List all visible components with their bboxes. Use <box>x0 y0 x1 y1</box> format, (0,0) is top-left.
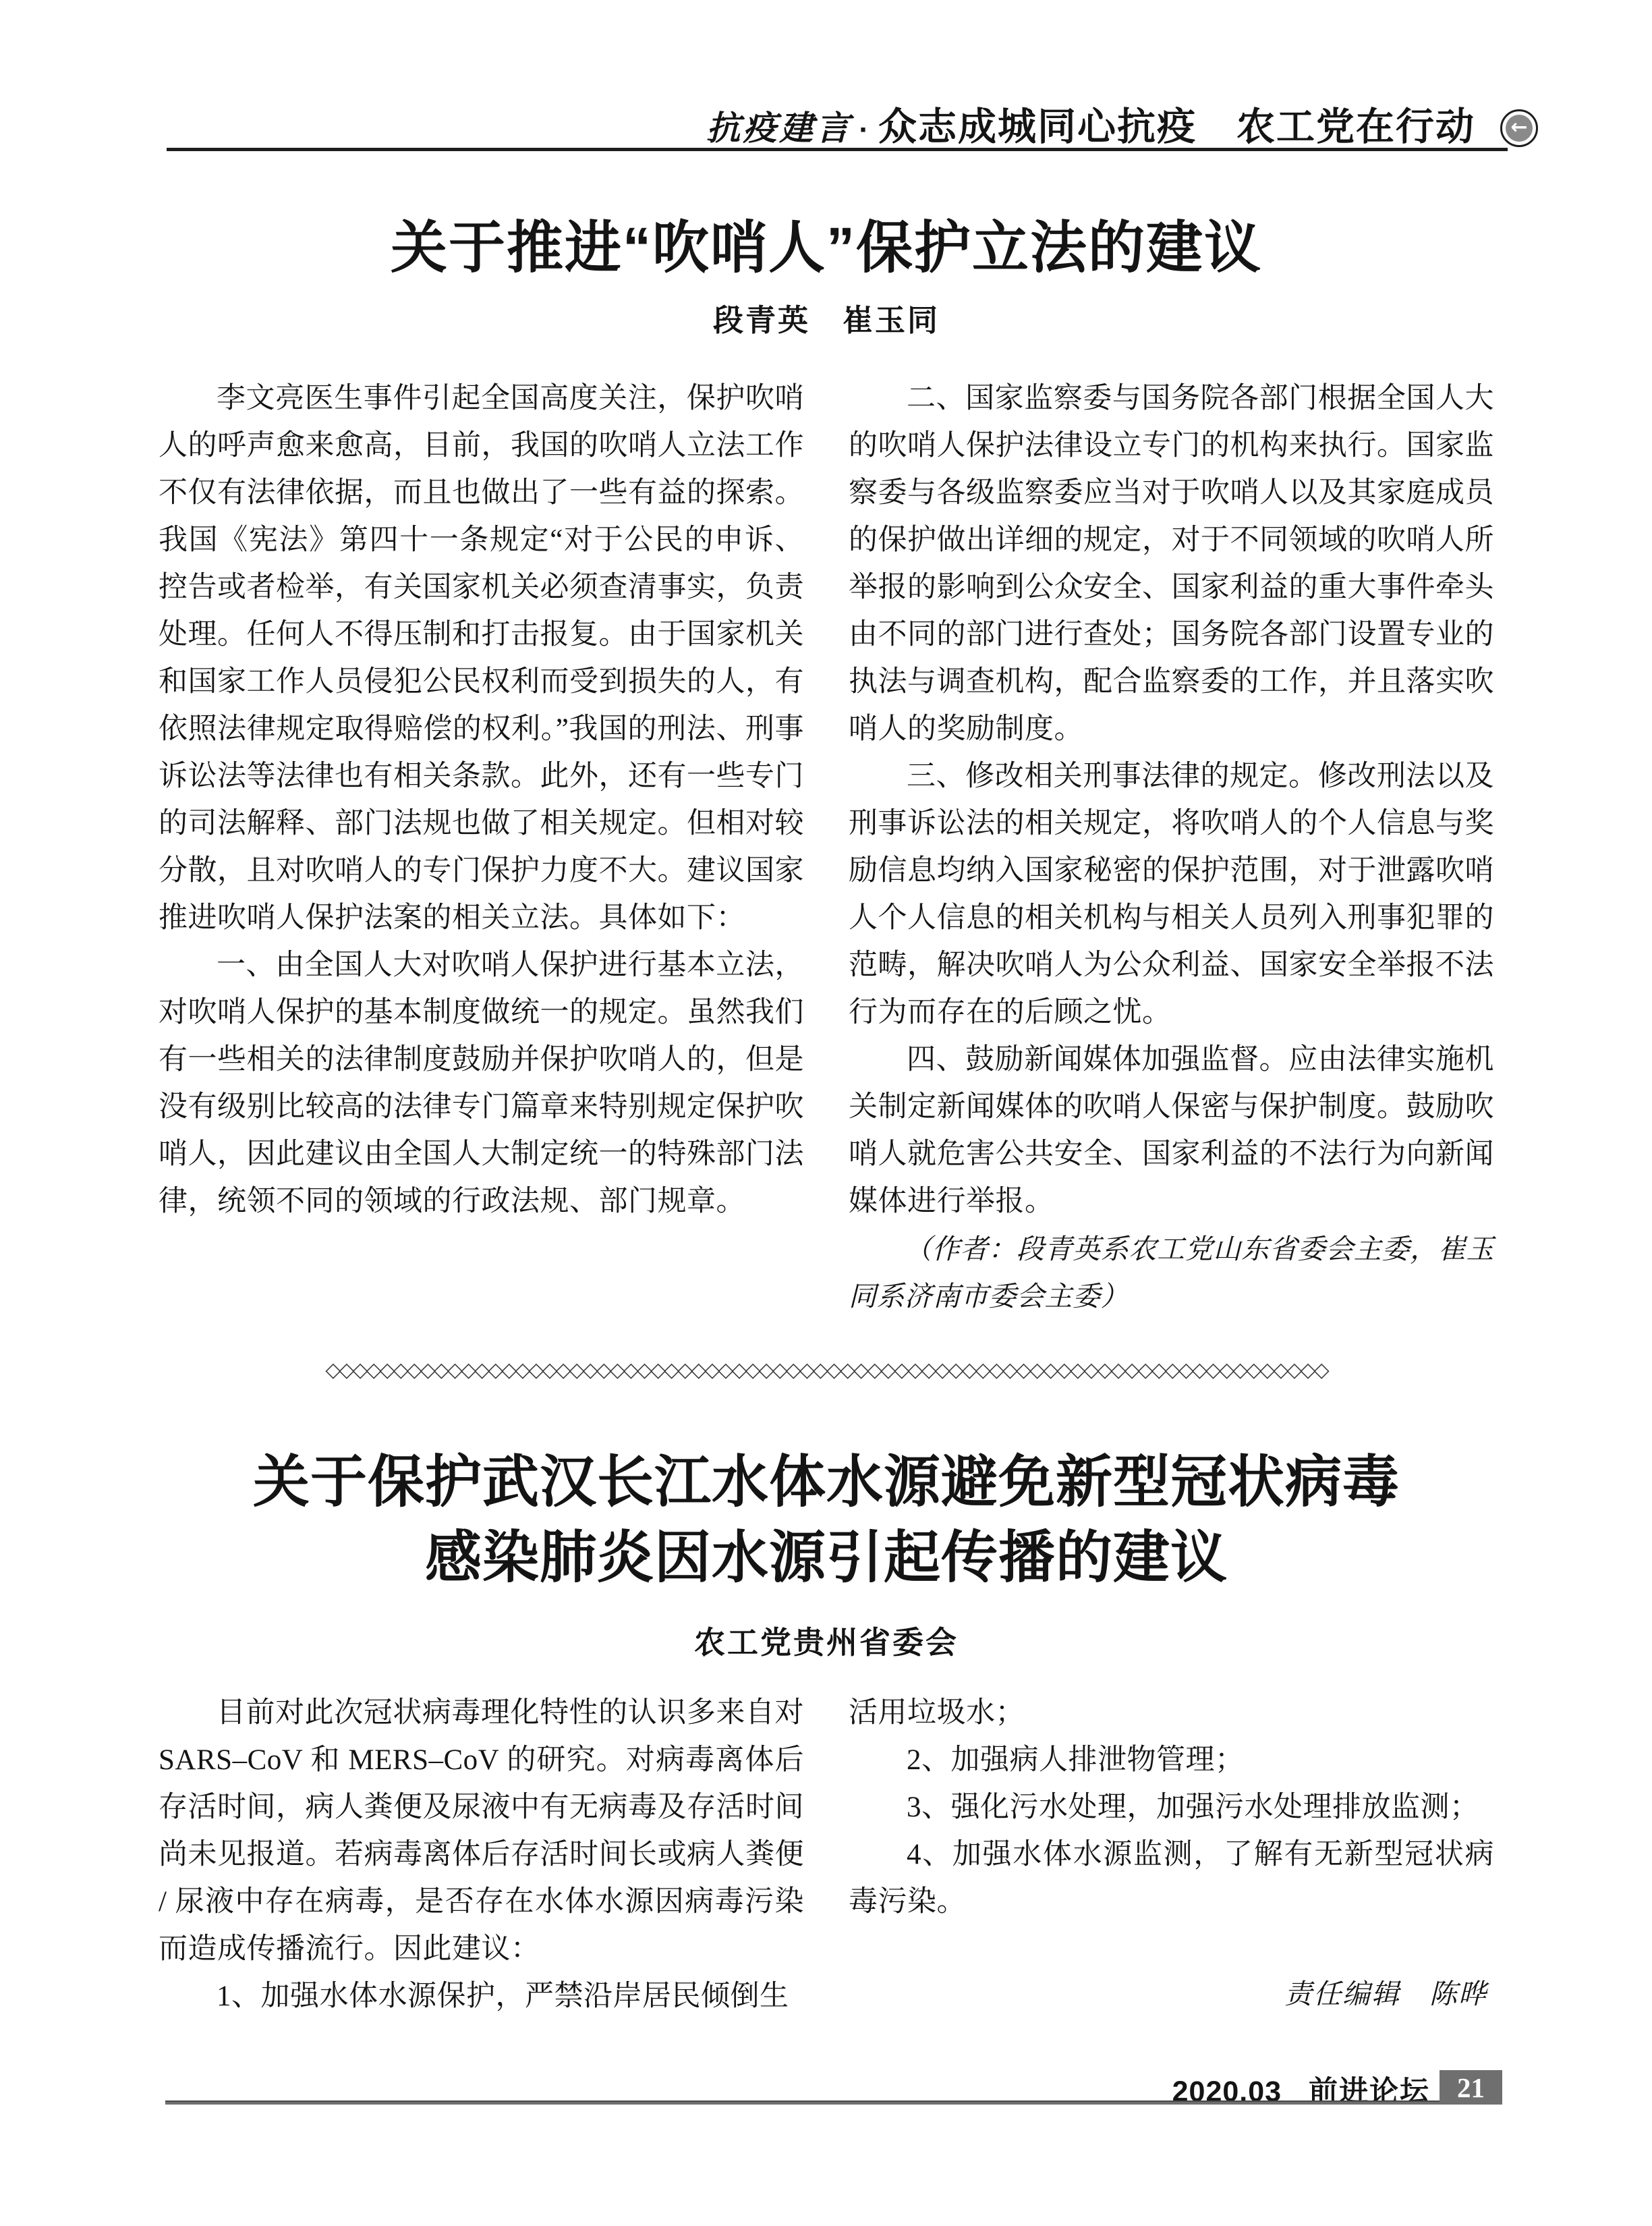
paragraph: 活用垃圾水； <box>849 1690 1494 1737</box>
header-slogan: 众志成城同心抗疫 农工党在行动 <box>878 96 1475 151</box>
article-divider: ◇◇◇◇◇◇◇◇◇◇◇◇◇◇◇◇◇◇◇◇◇◇◇◇◇◇◇◇◇◇◇◇◇◇◇◇◇◇◇◇… <box>159 1359 1494 1382</box>
paragraph: 四、鼓励新闻媒体加强监督。应由法律实施机关制定新闻媒体的吹哨人保密与保护制度。鼓… <box>849 1036 1494 1225</box>
article1-left-column: 李文亮医生事件引起全国高度关注，保护吹哨人的呼声愈来愈高，目前，我国的吹哨人立法… <box>159 375 804 1320</box>
paragraph: 目前对此次冠状病毒理化特性的认识多来自对 SARS–CoV 和 MERS–CoV… <box>159 1690 804 1973</box>
article2-author: 农工党贵州省委会 <box>159 1618 1494 1663</box>
paragraph: 二、国家监察委与国务院各部门根据全国人大的吹哨人保护法律设立专门的机构来执行。国… <box>849 375 1494 753</box>
paragraph: 三、修改相关刑事法律的规定。修改刑法以及刑事诉讼法的相关规定，将吹哨人的个人信息… <box>849 753 1494 1036</box>
header-section-label: 抗疫建言 <box>706 101 852 150</box>
back-arrow-icon: ← <box>1500 109 1538 147</box>
article2-left-column: 目前对此次冠状病毒理化特性的认识多来自对 SARS–CoV 和 MERS–CoV… <box>159 1690 804 2020</box>
magazine-page: 抗疫建言 · 众志成城同心抗疫 农工党在行动 ← 关于推进“吹哨人”保护立法的建… <box>0 0 1652 2226</box>
article1-title: 关于推进“吹哨人”保护立法的建议 <box>159 202 1494 284</box>
page-header: 抗疫建言 · 众志成城同心抗疫 农工党在行动 <box>706 96 1475 147</box>
back-arrow-icon-circle: ← <box>1506 115 1533 142</box>
footer-rule <box>165 2100 1440 2105</box>
article2-right-paras: 活用垃圾水；2、加强病人排泄物管理；3、强化污水处理，加强污水处理排放监测；4、… <box>849 1690 1494 1926</box>
article2-right-column: 活用垃圾水；2、加强病人排泄物管理；3、强化污水处理，加强污水处理排放监测；4、… <box>849 1690 1494 2020</box>
paragraph: 4、加强水体水源监测，了解有无新型冠状病毒污染。 <box>849 1831 1494 1926</box>
article1-authors: 段青英 崔玉同 <box>159 296 1494 339</box>
article2-title: 关于保护武汉长江水体水源避免新型冠状病毒 感染肺炎因水源引起传播的建议 <box>159 1444 1494 1595</box>
header-rule <box>167 148 1508 151</box>
article1-right-column: 二、国家监察委与国务院各部门根据全国人大的吹哨人保护法律设立专门的机构来执行。国… <box>849 375 1494 1320</box>
article2-title-line1: 关于保护武汉长江水体水源避免新型冠状病毒 <box>159 1444 1494 1520</box>
left-arrow-glyph: ← <box>1510 117 1527 138</box>
paragraph: 2、加强病人排泄物管理； <box>849 1737 1494 1784</box>
article1-body: 李文亮医生事件引起全国高度关注，保护吹哨人的呼声愈来愈高，目前，我国的吹哨人立法… <box>159 375 1494 1320</box>
paragraph: （作者：段青英系农工党山东省委会主委，崔玉同系济南市委会主委） <box>849 1225 1494 1320</box>
page-number-box: 21 <box>1440 2070 1502 2105</box>
article2-body: 目前对此次冠状病毒理化特性的认识多来自对 SARS–CoV 和 MERS–CoV… <box>159 1690 1494 2020</box>
paragraph: 李文亮医生事件引起全国高度关注，保护吹哨人的呼声愈来愈高，目前，我国的吹哨人立法… <box>159 375 804 942</box>
editor-note: 责任编辑 陈晔 <box>849 1970 1494 2018</box>
paragraph: 一、由全国人大对吹哨人保护进行基本立法，对吹哨人保护的基本制度做统一的规定。虽然… <box>159 942 804 1225</box>
page-number: 21 <box>1457 2071 1485 2104</box>
paragraph: 1、加强水体水源保护，严禁沿岸居民倾倒生 <box>159 1973 804 2020</box>
header-dot-separator: · <box>859 113 869 147</box>
paragraph: 3、强化污水处理，加强污水处理排放监测； <box>849 1784 1494 1831</box>
article2-title-line2: 感染肺炎因水源引起传播的建议 <box>159 1520 1494 1595</box>
